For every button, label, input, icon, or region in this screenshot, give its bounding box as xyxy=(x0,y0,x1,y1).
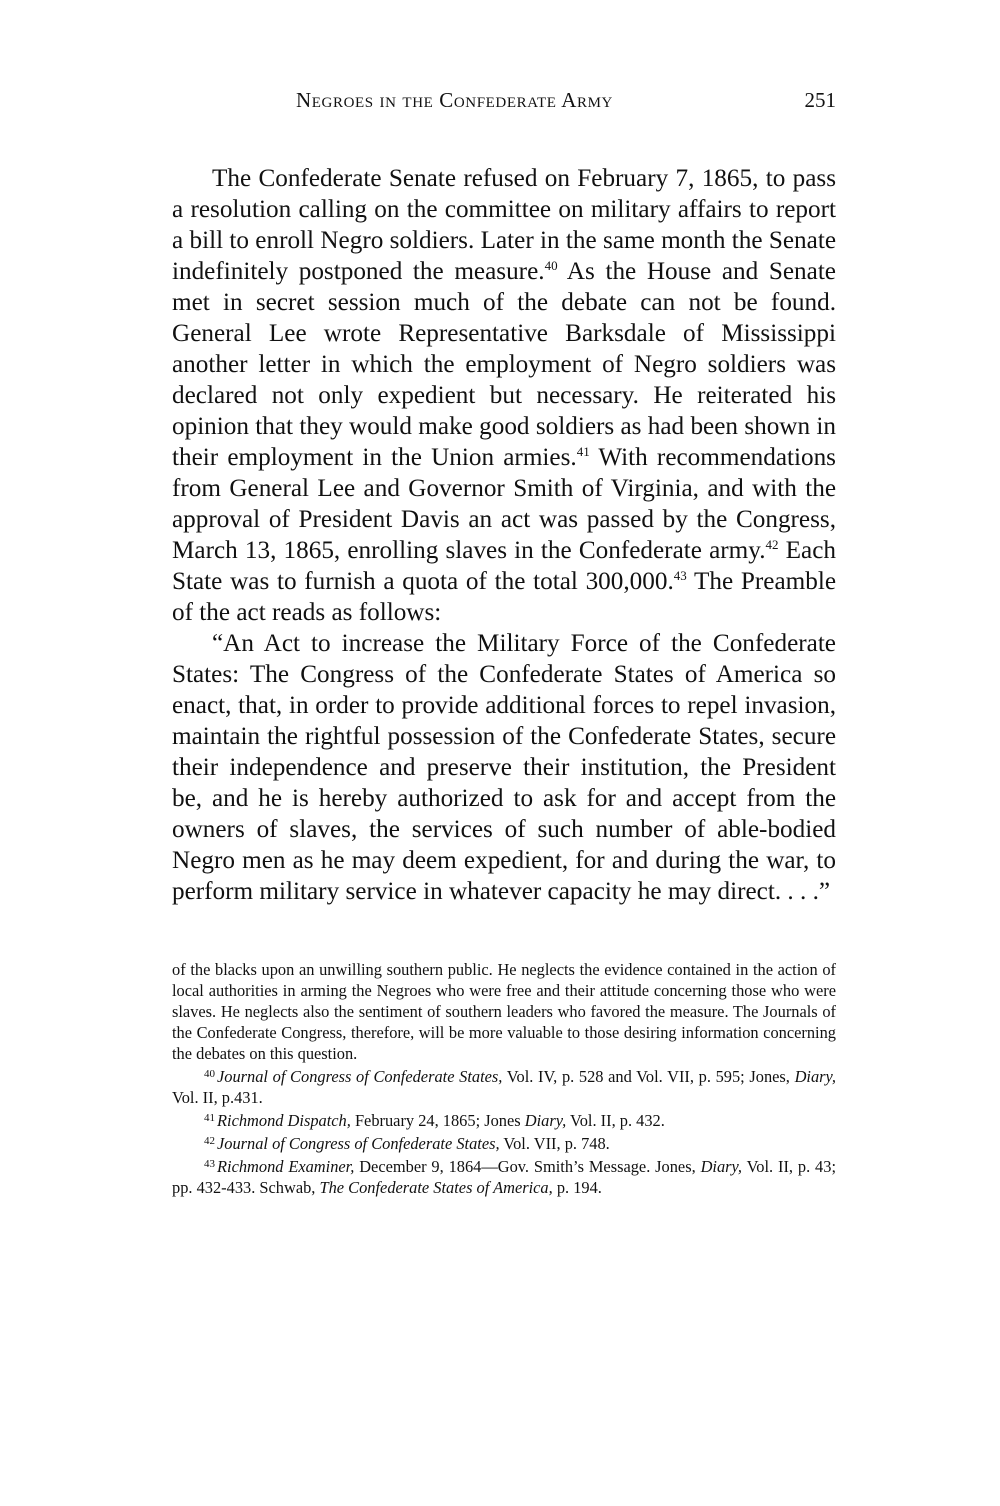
citation-text: Vol. IV, p. 528 and Vol. VII, p. 595; Jo… xyxy=(502,1067,794,1086)
source-title: Diary, xyxy=(525,1111,566,1130)
footnote-number: 42 xyxy=(204,1135,215,1147)
footnote-43: 43Richmond Examiner, December 9, 1864—Go… xyxy=(172,1156,836,1198)
footnote-ref-43[interactable]: 43 xyxy=(674,568,687,583)
citation-text: p. 194. xyxy=(553,1178,602,1197)
running-title: Negroes in the Confederate Army xyxy=(296,88,613,113)
paragraph-senate-refusal: The Confederate Senate refused on Februa… xyxy=(172,163,836,628)
footnote-number: 43 xyxy=(204,1158,215,1170)
citation-text: Vol. II, p.431. xyxy=(172,1088,263,1107)
paragraph-text: As the House and Senate met in secret se… xyxy=(172,258,836,471)
paragraph-act-preamble-quote: “An Act to increase the Military Force o… xyxy=(172,628,836,907)
source-title: Diary, xyxy=(701,1157,742,1176)
source-title: Journal of Congress of Confederate State… xyxy=(217,1067,502,1086)
footnotes: of the blacks upon an unwilling southern… xyxy=(172,959,836,1198)
footnote-ref-40[interactable]: 40 xyxy=(545,258,558,273)
running-head: Negroes in the Confederate Army 251 xyxy=(172,88,836,118)
footnote-number: 40 xyxy=(204,1068,215,1080)
citation-text: Vol. II, p. 432. xyxy=(566,1111,665,1130)
footnote-number: 41 xyxy=(204,1112,215,1124)
footnote-continuation: of the blacks upon an unwilling southern… xyxy=(172,959,836,1064)
page-number: 251 xyxy=(805,88,837,113)
citation-text: December 9, 1864—Gov. Smith’s Message. J… xyxy=(354,1157,700,1176)
footnote-ref-42[interactable]: 42 xyxy=(766,537,779,552)
citation-text: Vol. VII, p. 748. xyxy=(500,1134,610,1153)
source-title: Diary, xyxy=(795,1067,836,1086)
body-text: The Confederate Senate refused on Februa… xyxy=(172,163,836,907)
source-title: Richmond Examiner, xyxy=(217,1157,354,1176)
footnote-ref-41[interactable]: 41 xyxy=(577,444,590,459)
source-title: Richmond Dispatch, xyxy=(217,1111,351,1130)
citation-text: February 24, 1865; Jones xyxy=(351,1111,525,1130)
footnote-42: 42Journal of Congress of Confederate Sta… xyxy=(172,1133,836,1154)
footnote-41: 41Richmond Dispatch, February 24, 1865; … xyxy=(172,1110,836,1131)
footnote-40: 40Journal of Congress of Confederate Sta… xyxy=(172,1066,836,1108)
source-title: Journal of Congress of Confederate State… xyxy=(217,1134,500,1153)
source-title: The Confederate States of America, xyxy=(320,1178,553,1197)
